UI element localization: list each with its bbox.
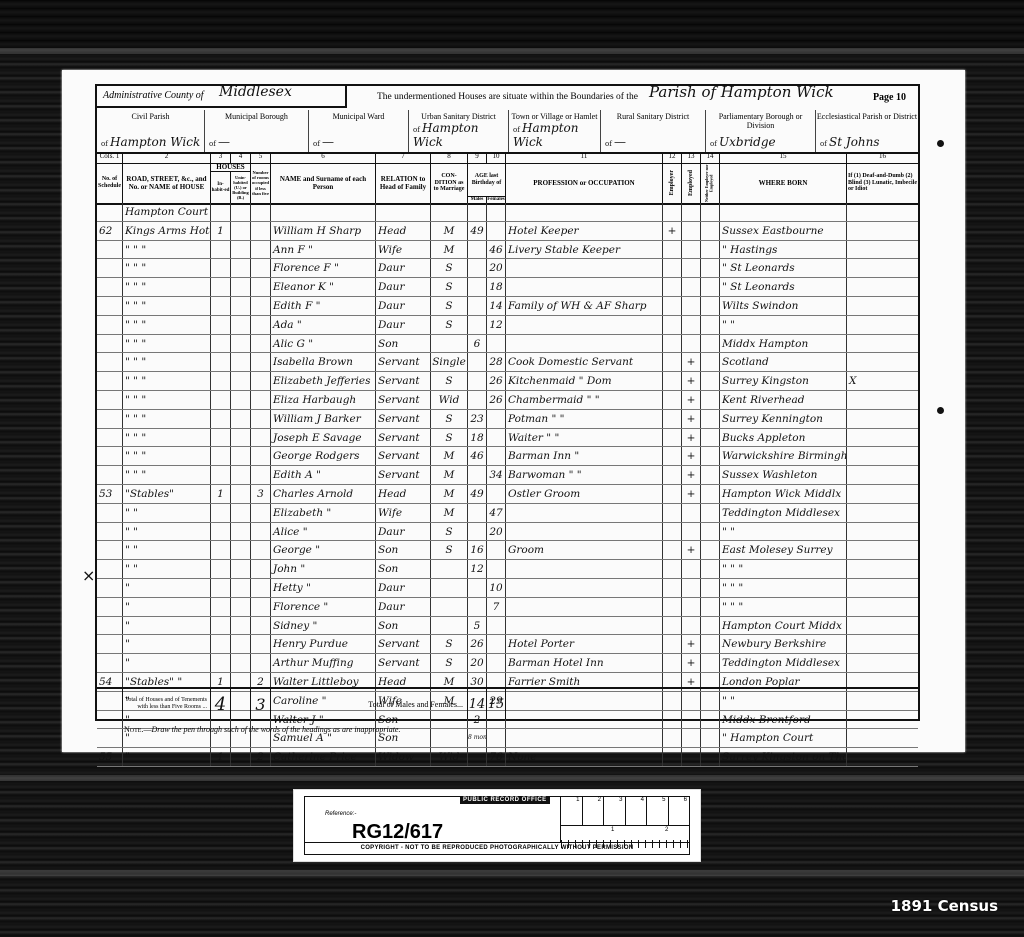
row-employed: +: [682, 447, 701, 465]
row-employed: [682, 523, 701, 541]
division-value: —: [605, 135, 626, 149]
row-road: " " ": [123, 297, 211, 315]
row-rooms: [251, 447, 271, 465]
table-row: "Sidney "Son5Hampton Court Middx: [97, 617, 918, 636]
row-where-born: Sussex Eastbourne: [720, 222, 847, 240]
row-inhabited: [211, 259, 231, 277]
row-schedule: [97, 560, 123, 578]
totals-persons-label: Total of Males and Females...: [271, 689, 468, 719]
row-employer: [663, 203, 682, 221]
row-schedule: [97, 353, 123, 371]
row-female-age: [487, 429, 506, 447]
row-occupation: [506, 335, 663, 353]
row-name: George ": [271, 541, 376, 559]
col-num: 3: [211, 152, 231, 163]
division-value: —: [209, 135, 230, 149]
row-male-age: 26: [468, 635, 487, 653]
row-employer: [663, 259, 682, 277]
row-condition: S: [431, 635, 468, 653]
division-label: Municipal Ward: [333, 112, 385, 121]
table-row: " " "Ada "DaurS12" ": [97, 316, 918, 335]
row-male-age: 6: [468, 335, 487, 353]
row-employer: [663, 429, 682, 447]
row-condition: S: [431, 654, 468, 672]
ruler-mark: 2: [583, 797, 605, 825]
row-name: John ": [271, 560, 376, 578]
row-inhabited: [211, 635, 231, 653]
table-row: "Arthur MuffingServantS20Barman Hotel In…: [97, 654, 918, 673]
table-row: 53"Stables"13Charles ArnoldHeadM49Ostler…: [97, 485, 918, 504]
admin-county-label: Administrative County of: [103, 90, 204, 101]
row-female-age: 18: [487, 278, 506, 296]
row-infirmity: [847, 466, 918, 484]
row-employed: +: [682, 466, 701, 484]
row-infirmity: [847, 391, 918, 409]
row-inhabited: 1: [211, 485, 231, 503]
row-employer: [663, 617, 682, 635]
row-occupation: None: [506, 748, 663, 766]
col-num: 7: [376, 152, 431, 163]
table-row: " " "Alic G "Son6Middx Hampton: [97, 335, 918, 354]
row-road: Hampton Court: [123, 203, 211, 221]
row-schedule: [97, 391, 123, 409]
note-prefix: Note.—: [124, 725, 151, 734]
row-employed: +: [682, 353, 701, 371]
row-rooms: [251, 635, 271, 653]
row-rooms: [251, 429, 271, 447]
row-male-age: [468, 523, 487, 541]
row-male-age: [468, 748, 487, 766]
row-name: Eleanor K ": [271, 278, 376, 296]
col-num: 2: [123, 152, 211, 163]
row-schedule: [97, 241, 123, 259]
row-road: " " ": [123, 278, 211, 296]
row-male-age: [468, 203, 487, 221]
row-infirmity: [847, 316, 918, 334]
row-neither: [701, 635, 720, 653]
row-uninhabited: [231, 635, 251, 653]
row-name: Eliza Harbaugh: [271, 391, 376, 409]
census-page: Administrative County of Middlesex The u…: [62, 70, 965, 752]
division-civil-parish: Civil ParishHampton Wick: [97, 110, 205, 152]
division-label: Civil Parish: [131, 112, 169, 121]
row-relation: Servant: [376, 635, 431, 653]
col-num: 15: [720, 152, 847, 163]
col-num: 4: [231, 152, 251, 163]
row-inhabited: [211, 579, 231, 597]
row-male-age: [468, 504, 487, 522]
col-num: 16: [847, 152, 918, 163]
row-relation: Daur: [376, 278, 431, 296]
row-name: Florence F ": [271, 259, 376, 277]
totals-blank: [97, 689, 123, 719]
row-male-age: 23: [468, 410, 487, 428]
row-uninhabited: [231, 259, 251, 277]
row-neither: [701, 466, 720, 484]
row-neither: [701, 617, 720, 635]
header-inhabited: In-habit-ed: [211, 172, 231, 203]
row-name: Ann F ": [271, 241, 376, 259]
row-employer: [663, 278, 682, 296]
row-male-age: 49: [468, 485, 487, 503]
row-uninhabited: [231, 598, 251, 616]
row-female-age: 12: [487, 316, 506, 334]
row-male-age: [468, 391, 487, 409]
header-infirmity: If (1) Deaf-and-Dumb (2) Blind (3) Lunat…: [847, 163, 918, 203]
row-road: " " ": [123, 372, 211, 390]
row-inhabited: [211, 541, 231, 559]
row-female-age: [487, 485, 506, 503]
ruler-mark: 1: [561, 797, 583, 825]
row-name: Alic G ": [271, 335, 376, 353]
row-condition: S: [431, 410, 468, 428]
row-female-age: 20: [487, 259, 506, 277]
row-where-born: Scotland: [720, 353, 847, 371]
row-neither: [701, 579, 720, 597]
row-condition: S: [431, 523, 468, 541]
row-occupation: [506, 316, 663, 334]
row-employed: [682, 297, 701, 315]
division-parliamentary: Parliamentary Borough or DivisionUxbridg…: [706, 110, 816, 152]
row-infirmity: [847, 541, 918, 559]
row-male-age: [468, 259, 487, 277]
table-row: " "Elizabeth "WifeM47Teddington Middlese…: [97, 504, 918, 523]
division-label: Municipal Borough: [225, 112, 288, 121]
row-infirmity: [847, 203, 918, 221]
row-relation: Son: [376, 335, 431, 353]
row-neither: [701, 335, 720, 353]
row-infirmity: [847, 297, 918, 315]
row-condition: Single: [431, 353, 468, 371]
row-neither: [701, 297, 720, 315]
row-relation: Daur: [376, 523, 431, 541]
row-male-age: [468, 316, 487, 334]
row-occupation: [506, 579, 663, 597]
table-row: " " "Ann F "WifeM46Livery Stable Keeper"…: [97, 241, 918, 260]
row-condition: S: [431, 316, 468, 334]
row-relation: Servant: [376, 654, 431, 672]
row-condition: [431, 598, 468, 616]
row-uninhabited: [231, 429, 251, 447]
row-employer: [663, 297, 682, 315]
row-schedule: [97, 372, 123, 390]
row-where-born: Surrey Kennington: [720, 410, 847, 428]
row-where-born: " Hampton Court: [720, 729, 847, 747]
header-employed: Employed: [682, 163, 701, 203]
row-employer: [663, 541, 682, 559]
row-employer: +: [663, 222, 682, 240]
row-inhabited: [211, 523, 231, 541]
row-relation: [376, 203, 431, 221]
row-condition: S: [431, 278, 468, 296]
row-condition: M: [431, 447, 468, 465]
row-name: Alice ": [271, 523, 376, 541]
division-municipal-ward: Municipal Ward—: [309, 110, 409, 152]
header-uninhabited: Unin-habited (U.) or Building (B.): [231, 172, 250, 203]
col-num: Cols. 1: [97, 152, 123, 163]
row-employed: [682, 748, 701, 766]
parish-value: Parish of Hampton Wick: [649, 83, 834, 101]
row-uninhabited: [231, 410, 251, 428]
row-schedule: [97, 316, 123, 334]
row-occupation: Groom: [506, 541, 663, 559]
row-schedule: [97, 297, 123, 315]
form-header: Administrative County of Middlesex The u…: [97, 86, 918, 110]
row-infirmity: [847, 222, 918, 240]
row-infirmity: [847, 447, 918, 465]
row-name: Sidney ": [271, 617, 376, 635]
division-label: Parliamentary Borough or Division: [719, 112, 803, 130]
row-schedule: [97, 729, 123, 747]
row-schedule: [97, 259, 123, 277]
row-male-age: 46: [468, 447, 487, 465]
row-relation: Wife: [376, 241, 431, 259]
table-row: 62Kings Arms Hotel1William H SharpHeadM4…: [97, 222, 918, 241]
row-where-born: Teddington Middlesex: [720, 504, 847, 522]
row-relation: Head: [376, 222, 431, 240]
row-inhabited: [211, 391, 231, 409]
row-employed: +: [682, 654, 701, 672]
row-relation: Son: [376, 560, 431, 578]
row-where-born: Hampton Wick Middlx: [720, 485, 847, 503]
row-female-age: 34: [487, 466, 506, 484]
totals-females: 15: [487, 689, 506, 719]
row-employer: [663, 598, 682, 616]
row-inhabited: [211, 297, 231, 315]
table-row: " " "George RodgersServantM46Barman Inn …: [97, 447, 918, 466]
ruler-mark: 3: [604, 797, 626, 825]
row-employer: [663, 523, 682, 541]
row-condition: [431, 579, 468, 597]
row-condition: [431, 617, 468, 635]
row-female-age: 76: [487, 748, 506, 766]
row-employer: [663, 410, 682, 428]
row-infirmity: [847, 429, 918, 447]
row-uninhabited: [231, 241, 251, 259]
header-road: ROAD, STREET, &c., and No. or NAME of HO…: [123, 163, 211, 203]
row-infirmity: [847, 617, 918, 635]
row-occupation: Barman Inn ": [506, 447, 663, 465]
ruler-mark: 6: [669, 797, 690, 825]
row-where-born: " " ": [720, 560, 847, 578]
row-uninhabited: [231, 617, 251, 635]
header-schedule: No. of Schedule: [97, 163, 123, 203]
totals-males: 14: [468, 689, 487, 719]
row-where-born: " " ": [720, 579, 847, 597]
row-infirmity: [847, 729, 918, 747]
row-infirmity: [847, 579, 918, 597]
row-condition: M: [431, 504, 468, 522]
row-male-age: 18: [468, 429, 487, 447]
row-road: " ": [123, 560, 211, 578]
row-female-age: [487, 635, 506, 653]
row-relation: Servant: [376, 466, 431, 484]
row-female-age: [487, 335, 506, 353]
header-neither-text: Neither Employer nor Employed: [705, 163, 714, 203]
row-rooms: [251, 617, 271, 635]
row-uninhabited: [231, 391, 251, 409]
row-employer: [663, 391, 682, 409]
row-road: " " ": [123, 259, 211, 277]
row-name: Elizabeth ": [271, 504, 376, 522]
row-male-age: [468, 241, 487, 259]
row-inhabited: [211, 335, 231, 353]
row-infirmity: [847, 259, 918, 277]
row-relation: Daur: [376, 259, 431, 277]
row-occupation: Kitchenmaid " Dom: [506, 372, 663, 390]
row-road: " " ": [123, 335, 211, 353]
row-schedule: 62: [97, 222, 123, 240]
row-neither: [701, 485, 720, 503]
row-rooms: [251, 316, 271, 334]
row-employer: [663, 466, 682, 484]
row-condition: [431, 203, 468, 221]
division-value: Hampton Wick: [413, 121, 508, 149]
row-condition: S: [431, 297, 468, 315]
row-road: " " ": [123, 410, 211, 428]
row-road: " " ": [123, 466, 211, 484]
row-rooms: [251, 372, 271, 390]
row-rooms: [251, 391, 271, 409]
scan-band: [0, 48, 1024, 54]
row-where-born: Teddington Middlesex: [720, 654, 847, 672]
row-schedule: [97, 335, 123, 353]
division-label: Ecclesiastical Parish or District: [817, 112, 917, 121]
table-row: 55"12Catherine PriceWidowWid76NoneSurrey…: [97, 748, 918, 767]
header-name: NAME and Surname of each Person: [271, 163, 376, 203]
row-road: " " ": [123, 353, 211, 371]
row-neither: [701, 259, 720, 277]
row-rooms: [251, 654, 271, 672]
row-where-born: Bucks Appleton: [720, 429, 847, 447]
row-employed: [682, 598, 701, 616]
col-num: 11: [506, 152, 663, 163]
table-row: " " "Edith F "DaurS14Family of WH & AF S…: [97, 297, 918, 316]
row-male-age: 5: [468, 617, 487, 635]
row-uninhabited: [231, 504, 251, 522]
row-neither: [701, 316, 720, 334]
row-infirmity: [847, 241, 918, 259]
row-road: ": [123, 635, 211, 653]
row-road: " ": [123, 504, 211, 522]
note-text: Draw the pen through such of the words o…: [151, 725, 400, 734]
col-num: 14: [701, 152, 720, 163]
col-num: 13: [682, 152, 701, 163]
row-rooms: [251, 259, 271, 277]
table-row: "Florence "Daur7" " ": [97, 598, 918, 617]
row-uninhabited: [231, 278, 251, 296]
row-name: Florence ": [271, 598, 376, 616]
header-age: AGE last Birthday of: [468, 163, 505, 196]
row-relation: Servant: [376, 353, 431, 371]
page-number: Page 10: [873, 92, 906, 103]
row-male-age: [468, 278, 487, 296]
row-male-age: [468, 579, 487, 597]
row-name: William J Barker: [271, 410, 376, 428]
row-uninhabited: [231, 654, 251, 672]
row-uninhabited: [231, 541, 251, 559]
row-condition: S: [431, 372, 468, 390]
row-where-born: Wilts Swindon: [720, 297, 847, 315]
row-female-age: [487, 222, 506, 240]
ruler-inch-mark: 2: [665, 827, 668, 833]
row-road: ": [123, 579, 211, 597]
punch-hole: [937, 407, 944, 414]
totals-uninhabited: [231, 689, 251, 719]
row-road: " ": [123, 523, 211, 541]
row-neither: [701, 504, 720, 522]
row-condition: M: [431, 466, 468, 484]
division-value: Uxbridge: [710, 135, 776, 149]
row-name: William H Sharp: [271, 222, 376, 240]
table-row: " " "Eleanor K "DaurS18" St Leonards: [97, 278, 918, 297]
row-male-age: [468, 466, 487, 484]
row-rooms: [251, 278, 271, 296]
row-road: ": [123, 748, 211, 766]
row-name: Arthur Muffing: [271, 654, 376, 672]
row-name: Edith A ": [271, 466, 376, 484]
row-male-age: 16: [468, 541, 487, 559]
row-rooms: [251, 598, 271, 616]
row-rooms: [251, 410, 271, 428]
row-rooms: [251, 579, 271, 597]
header-age-group: AGE last Birthday of Males Females: [468, 163, 506, 203]
row-employer: [663, 447, 682, 465]
row-employed: [682, 729, 701, 747]
row-schedule: [97, 635, 123, 653]
row-name: Catherine Price: [271, 748, 376, 766]
row-schedule: [97, 410, 123, 428]
row-uninhabited: [231, 523, 251, 541]
margin-cross-mark: ×: [82, 566, 95, 585]
row-neither: [701, 748, 720, 766]
row-occupation: Barman Hotel Inn: [506, 654, 663, 672]
row-inhabited: 1: [211, 222, 231, 240]
row-road: " " ": [123, 447, 211, 465]
census-rows: Hampton Court62Kings Arms Hotel1William …: [97, 203, 918, 767]
row-employed: [682, 617, 701, 635]
row-rooms: [251, 523, 271, 541]
row-occupation: Waiter " ": [506, 429, 663, 447]
row-schedule: [97, 523, 123, 541]
row-condition: S: [431, 429, 468, 447]
row-where-born: [720, 203, 847, 221]
row-infirmity: [847, 748, 918, 766]
administrative-divisions: Civil ParishHampton Wick Municipal Borou…: [97, 110, 918, 154]
header-employed-text: Employed: [688, 170, 695, 196]
row-where-born: Hampton Court Middx: [720, 617, 847, 635]
row-uninhabited: [231, 466, 251, 484]
row-rooms: [251, 541, 271, 559]
row-infirmity: [847, 635, 918, 653]
row-occupation: Potman " ": [506, 410, 663, 428]
ruler-cm: 1 2 3 4 5 6: [561, 797, 689, 826]
row-where-born: " ": [720, 523, 847, 541]
row-rooms: [251, 203, 271, 221]
row-employer: [663, 353, 682, 371]
row-employed: [682, 335, 701, 353]
row-female-age: [487, 447, 506, 465]
punch-hole: [937, 140, 944, 147]
division-label: Town or Village or Hamlet: [512, 112, 598, 121]
row-neither: [701, 729, 720, 747]
row-infirmity: X: [847, 372, 918, 390]
row-occupation: Livery Stable Keeper: [506, 241, 663, 259]
reference-frame: PUBLIC RECORD OFFICE Reference:- RG12/61…: [304, 796, 690, 855]
row-schedule: 53: [97, 485, 123, 503]
row-male-age: [468, 598, 487, 616]
row-uninhabited: [231, 560, 251, 578]
